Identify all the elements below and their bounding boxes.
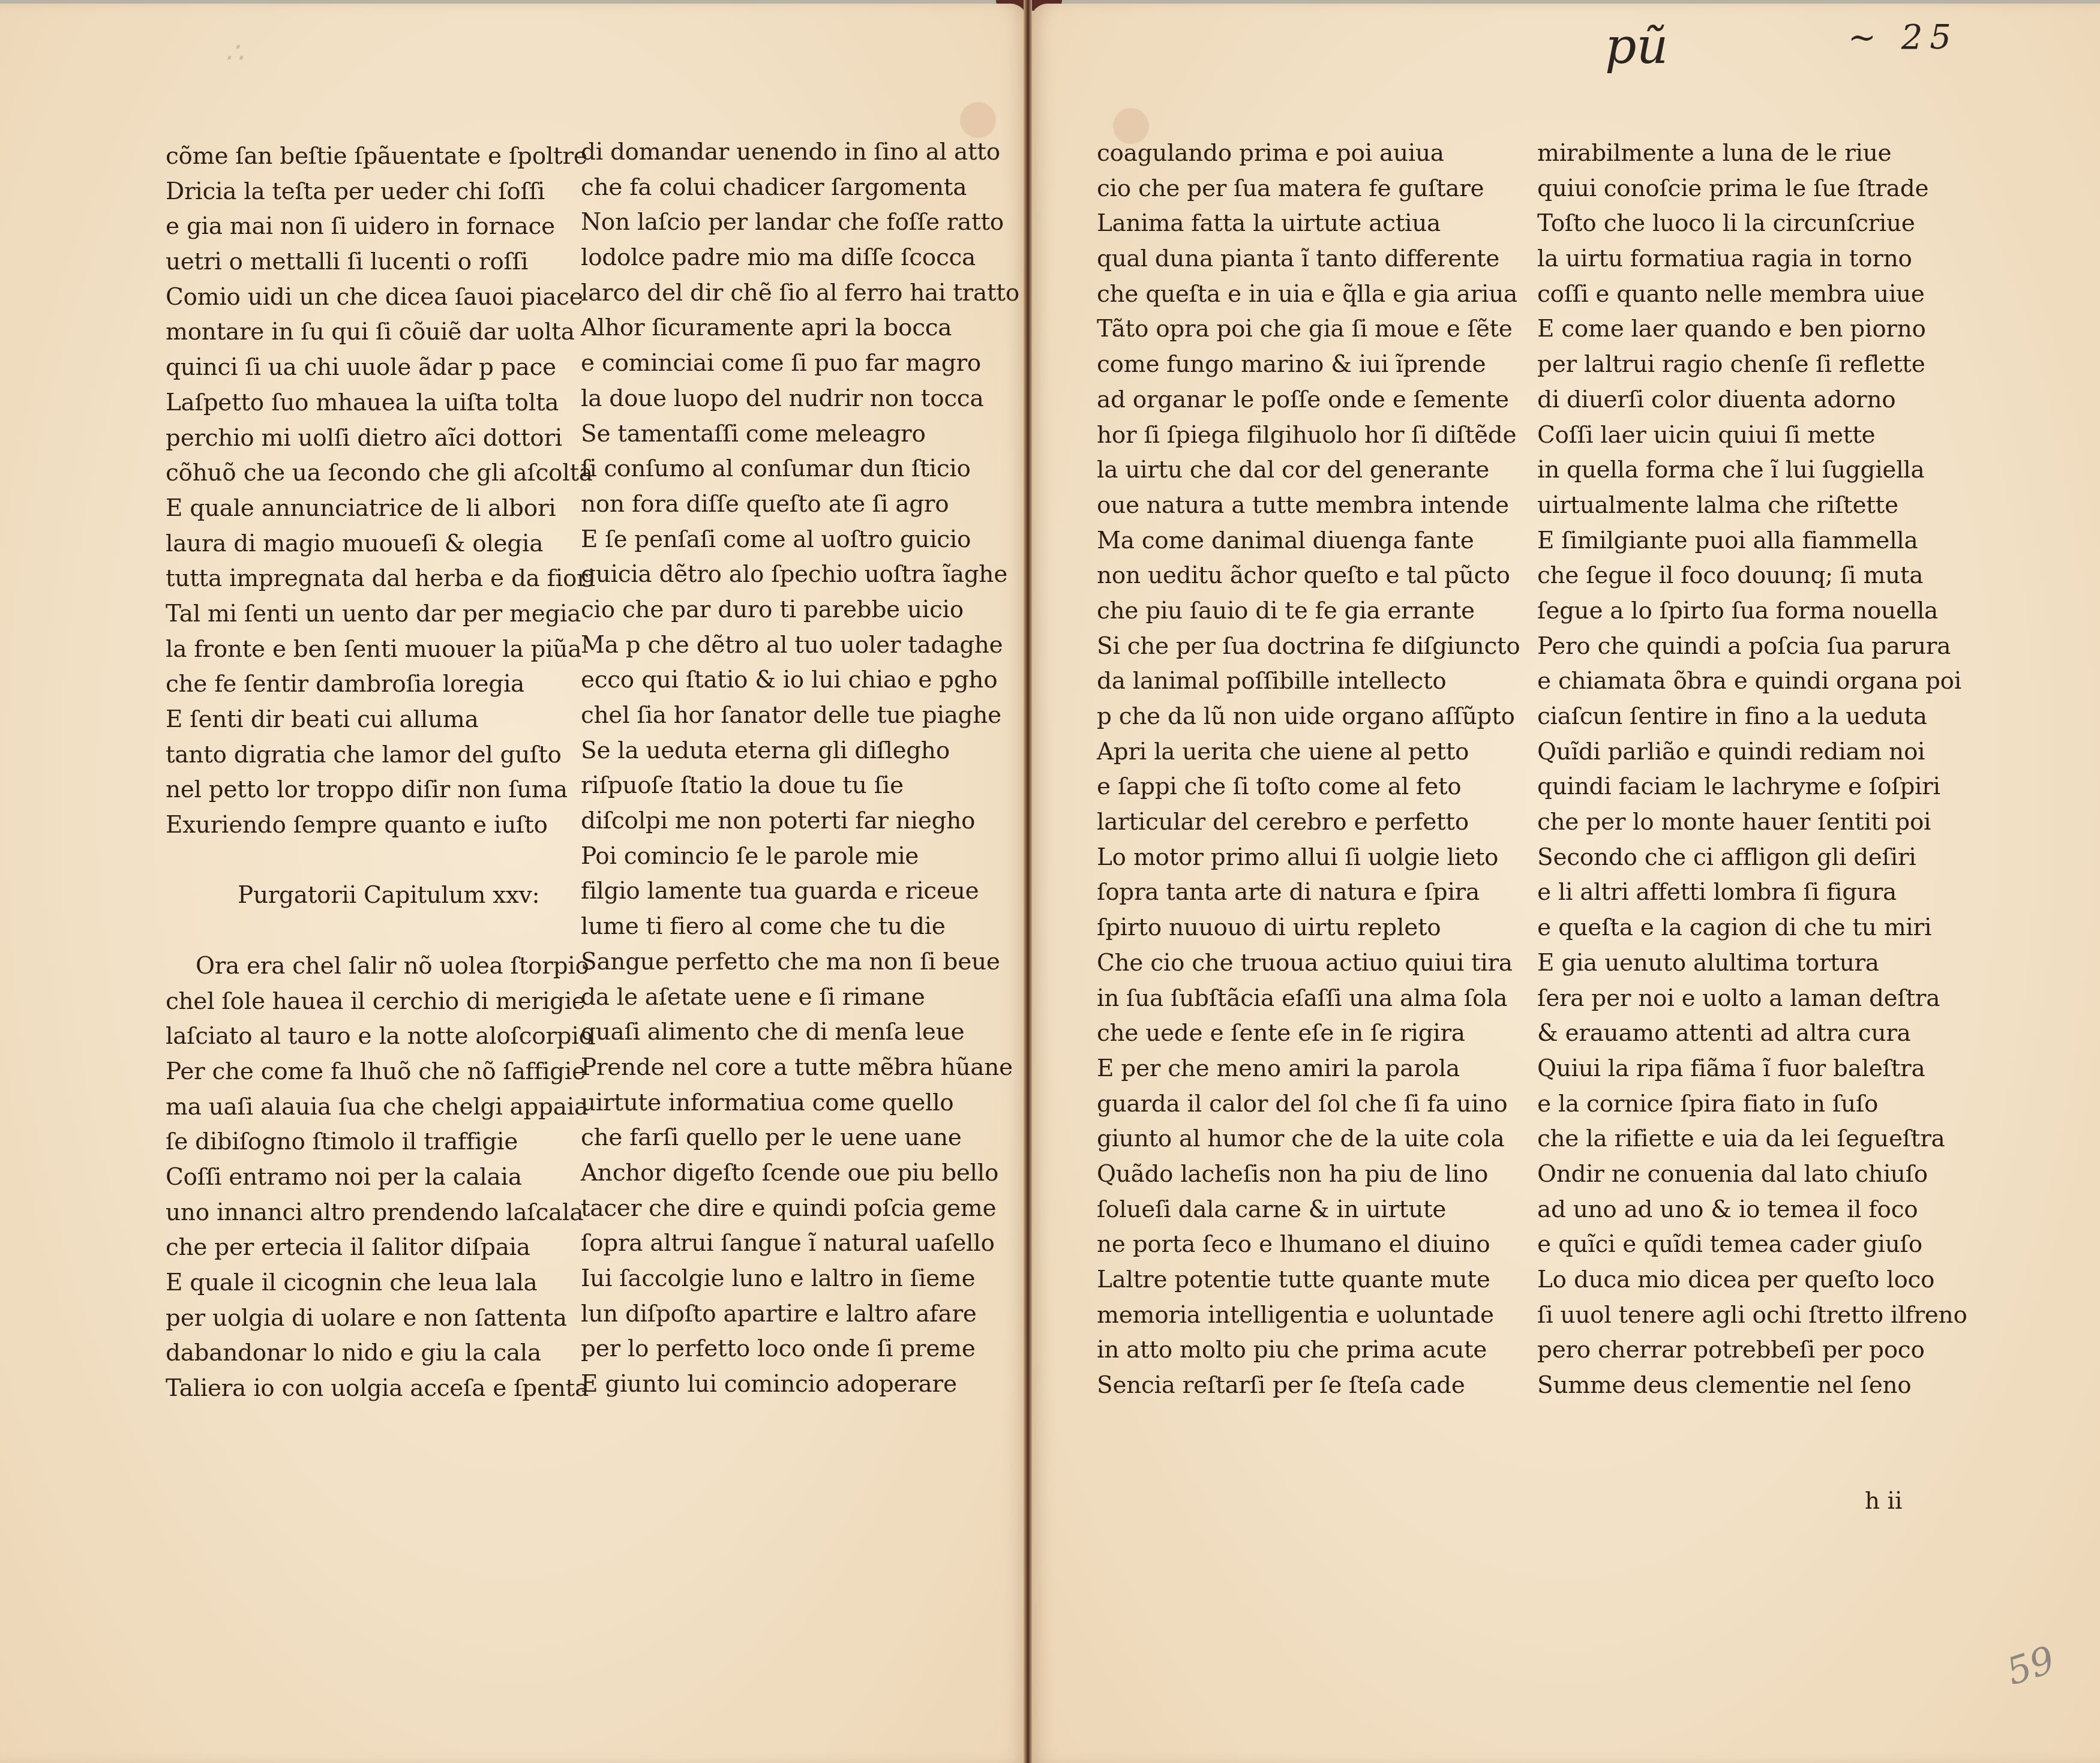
verse-line: ſolueſi dala carne & in uirtute xyxy=(1097,1193,1520,1228)
verse-line: e queſta e la cagion di che tu miri xyxy=(1537,911,1967,946)
verse-line: uirtute informatiua come quello xyxy=(581,1086,1019,1121)
verse-line: e ſappi che ſi toſto come al feto xyxy=(1097,770,1520,805)
verse-line: in ſua ſubſtãcia eſaſſi una alma ſola xyxy=(1097,981,1520,1017)
verse-line: da lanimal poſſibille intellecto xyxy=(1097,664,1520,699)
verse-line: Apri la uerita che uiene al petto xyxy=(1097,735,1520,770)
verse-line: giunto al humor che de la uite cola xyxy=(1097,1122,1520,1157)
verse-line: p che da lũ non uide organo aſſũpto xyxy=(1097,699,1520,735)
verse-line: non fora diſſe queſto ate ſi agro xyxy=(581,487,1019,522)
chapter-heading: Purgatorii Capitulum xxv: xyxy=(166,878,595,914)
verse-line: che la rifiette e uia da lei ſegueſtra xyxy=(1537,1122,1967,1157)
verse-line: ad organar le poſſe onde e ſemente xyxy=(1097,383,1520,418)
verse-line: Summe deus clementie nel ſeno xyxy=(1537,1368,1967,1404)
verse-line: la uirtu che dal cor del generante xyxy=(1097,453,1520,488)
verse-line: e gia mai non ſi uidero in fornace xyxy=(166,209,595,245)
verse-line: ne porta ſeco e lhumano el diuino xyxy=(1097,1227,1520,1263)
verse-line: e la cornice ſpira fiato in ſuſo xyxy=(1537,1087,1967,1122)
verse-line: Laſpetto ſuo mhauea la uiſta tolta xyxy=(166,386,595,421)
verse-line: Se la ueduta eterna gli diſlegho xyxy=(581,734,1019,769)
verse-line: quinci ſi ua chi uuole ãdar p pace xyxy=(166,350,595,386)
verse-line: riſpuoſe ſtatio la doue tu ſie xyxy=(581,768,1019,804)
spacer xyxy=(166,914,595,949)
verse-line: Ondir ne conuenia dal lato chiuſo xyxy=(1537,1157,1967,1193)
verse-line: Comio uidi un che dicea ſauoi piace xyxy=(166,280,595,316)
verse-line: mirabilmente a luna de le riue xyxy=(1537,136,1967,172)
verse-line: che piu ſauio di te fe gia errante xyxy=(1097,594,1520,629)
verse-line: Dricia la teſta per ueder chi ſoſſi xyxy=(166,175,595,210)
verse-line: Tãto opra poi che gia ſi moue e ſẽte xyxy=(1097,312,1520,347)
verse-line: non ueditu ãchor queſto e tal pũcto xyxy=(1097,558,1520,594)
verse-line: Tal mi ſenti un uento dar per megia xyxy=(166,597,595,632)
verse-line: e chiamata õbra e quindi organa poi xyxy=(1537,664,1967,699)
verse-line: Secondo che ci affligon gli deſiri xyxy=(1537,840,1967,876)
verse-line: che uede e ſente eſe in ſe rigira xyxy=(1097,1016,1520,1052)
verse-line: per uolgia di uolare e non ſattenta xyxy=(166,1301,595,1336)
faded-pencil-mark: ∴ xyxy=(225,36,244,70)
verse-line: Ora era chel ſalir nõ uolea ſtorpio xyxy=(166,949,595,984)
verse-line: la doue luopo del nudrir non tocca xyxy=(581,382,1019,417)
verse-line: ſopra altrui ſangue ĩ natural uaſello xyxy=(581,1226,1019,1262)
verse-line: ciaſcun ſentire in fino a la ueduta xyxy=(1537,699,1967,735)
verse-line: in quella forma che ĩ lui ſuggiella xyxy=(1537,453,1967,488)
verse-line: ſopra tanta arte di natura e ſpira xyxy=(1097,875,1520,911)
verse-line: laſciato al tauro e la notte aloſcorpio xyxy=(166,1019,595,1055)
verse-line: Si che per ſua doctrina fe diſgiuncto xyxy=(1097,629,1520,665)
verse-line: Che cio che truoua actiuo quiui tira xyxy=(1097,946,1520,981)
book-gutter xyxy=(1024,0,1032,1763)
verse-line: che per ertecia il ſalitor diſpaia xyxy=(166,1230,595,1266)
verse-line: Lanima fatta la uirtute actiua xyxy=(1097,206,1520,242)
verse-line: Iui ſaccolgie luno e laltro in ſieme xyxy=(581,1262,1019,1297)
verse-line: laura di magio muoueſi & olegia xyxy=(166,527,595,562)
verse-line: uno innanci altro prendendo laſcala xyxy=(166,1196,595,1231)
verse-line: oue natura a tutte membra intende xyxy=(1097,488,1520,524)
verse-line: Pero che quindi a poſcia ſua parura xyxy=(1537,629,1967,665)
verse-line: ma uaſi alauia ſua che chelgi appaia xyxy=(166,1090,595,1125)
verse-line: lun diſpoſto apartire e laltro afare xyxy=(581,1297,1019,1332)
foxing-stain xyxy=(960,102,996,138)
verse-line: la uirtu formatiua ragia in torno xyxy=(1537,242,1967,277)
spacer xyxy=(166,843,595,879)
verse-line: quindi faciam le lachryme e ſoſpiri xyxy=(1537,770,1967,805)
verse-line: quiui conoſcie prima le ſue ſtrade xyxy=(1537,172,1967,207)
verse-line: dabandonar lo nido e giu la cala xyxy=(166,1336,595,1371)
verse-line: Quĩdi parlião e quindi rediam noi xyxy=(1537,735,1967,770)
verse-line: Alhor ſicuramente apri la bocca xyxy=(581,311,1019,346)
verse-line: E ſenti dir beati cui alluma xyxy=(166,702,595,738)
verse-line: guicia dẽtro alo ſpechio uoſtra ĩaghe xyxy=(581,557,1019,593)
verse-line: E giunto lui comincio adoperare xyxy=(581,1367,1019,1402)
manuscript-annotation-folio: ~ 25 xyxy=(1848,18,1958,57)
verse-line: quaſi alimento che di menſa leue xyxy=(581,1015,1019,1050)
verse-line: chel ſole hauea il cerchio di merigie xyxy=(166,984,595,1020)
verse-line: Anchor digeſto ſcende oue piu bello xyxy=(581,1156,1019,1191)
verse-line: che queſta e in uia e q̃lla e gia ariua xyxy=(1097,277,1520,313)
verse-line: da le aſetate uene e ſi rimane xyxy=(581,980,1019,1016)
verse-line: come fungo marino & iui ĩprende xyxy=(1097,347,1520,383)
verse-line: ſi uuol tenere agli ochi ſtretto ilfreno xyxy=(1537,1298,1967,1333)
verse-line: e quĩci e quĩdi temea cader giuſo xyxy=(1537,1227,1967,1263)
verse-line: che ſegue il foco douunq; ſi muta xyxy=(1537,558,1967,594)
verse-line: lodolce padre mio ma diſſe ſcocca xyxy=(581,241,1019,276)
verse-line: guarda il calor del ſol che ſi fa uino xyxy=(1097,1087,1520,1122)
verse-line: cio che par duro ti parebbe uicio xyxy=(581,593,1019,628)
verse-line: ad uno ad uno & io temea il foco xyxy=(1537,1193,1967,1228)
verse-line: E per che meno amiri la parola xyxy=(1097,1052,1520,1087)
verse-line: ecco qui ſtatio & io lui chiao e pgho xyxy=(581,663,1019,698)
verse-line: Lo duca mio dicea per queſto loco xyxy=(1537,1263,1967,1298)
verse-line: filgio lamente tua guarda e riceue xyxy=(581,874,1019,909)
verse-line: di domandar uenendo in ſino al atto xyxy=(581,135,1019,170)
verse-line: coſſi e quanto nelle membra uiue xyxy=(1537,277,1967,313)
verse-line: qual duna pianta ĩ tanto differente xyxy=(1097,242,1520,277)
verse-line: ſe dibiſogno ſtimolo il traffigie xyxy=(166,1125,595,1160)
verse-line: Coſſi laer uicin quiui ſi mette xyxy=(1537,418,1967,453)
verse-line: Sencia reſtarſi per ſe ſteſa cade xyxy=(1097,1368,1520,1404)
verse-line: tanto digratia che lamor del guſto xyxy=(166,738,595,773)
verse-line: larticular del cerebro e perfetto xyxy=(1097,805,1520,840)
verse-line: E quale il cicognin che leua lala xyxy=(166,1266,595,1301)
verse-line: Exuriendo ſempre quanto e iuſto xyxy=(166,808,595,843)
verse-line: per laltrui ragio chenſe ſi reflette xyxy=(1537,347,1967,383)
verse-line: lume ti fiero al come che tu die xyxy=(581,909,1019,945)
verse-line: E ſimilgiante puoi alla fiammella xyxy=(1537,524,1967,559)
verse-line: la fronte e ben ſenti muouer la piũa xyxy=(166,632,595,668)
verse-line: Sangue perfetto che ma non ſi beue xyxy=(581,945,1019,980)
verse-line: e cominciai come ſi puo far magro xyxy=(581,346,1019,382)
verse-line: ſera per noi e uolto a laman deſtra xyxy=(1537,981,1967,1017)
verse-line: Quãdo lacheſis non ha piu de lino xyxy=(1097,1157,1520,1193)
verse-line: in atto molto piu che prima acute xyxy=(1097,1333,1520,1368)
text-column-3: coagulando prima e poi auiua cio che per… xyxy=(1097,136,1520,1404)
verse-line: Per che come fa lhuõ che nõ ſaffigie xyxy=(166,1055,595,1090)
verse-line: Non laſcio per landar che foſſe ratto xyxy=(581,205,1019,241)
verse-line: che fe ſentir dambroſia loregia xyxy=(166,667,595,702)
text-column-4: mirabilmente a luna de le riue quiui con… xyxy=(1537,136,1967,1404)
verse-line: pero cherrar potrebbeſi per poco xyxy=(1537,1333,1967,1368)
signature-mark: h ii xyxy=(1865,1488,1902,1515)
verse-line: larco del dir chẽ ſio al ferro hai tratt… xyxy=(581,276,1019,311)
verse-line: coagulando prima e poi auiua xyxy=(1097,136,1520,172)
verse-line: ſi conſumo al conſumar dun ſticio xyxy=(581,452,1019,487)
verse-line: che fa colui chadicer ſargomenta xyxy=(581,170,1019,206)
verse-line: Ma come danimal diuenga fante xyxy=(1097,524,1520,559)
verse-line: nel petto lor troppo diſir non ſuma xyxy=(166,773,595,808)
text-column-2: di domandar uenendo in ſino al atto che … xyxy=(581,135,1019,1402)
verse-line: perchio mi uolſi dietro aĩci dottori xyxy=(166,421,595,456)
verse-line: Quiui la ripa fiãma ĩ fuor baleſtra xyxy=(1537,1052,1967,1087)
manuscript-annotation-pu: pũ xyxy=(1605,18,1668,75)
verse-line: Se tamentaſſi come meleagro xyxy=(581,417,1019,452)
verse-line: cio che per ſua matera fe guſtare xyxy=(1097,172,1520,207)
verse-line: diſcolpi me non poterti far niegho xyxy=(581,804,1019,839)
verse-line: Ma p che dẽtro al tuo uoler tadaghe xyxy=(581,628,1019,663)
verse-line: tutta impregnata dal herba e da fiori xyxy=(166,561,595,597)
verse-line: Coſſi entramo noi per la calaia xyxy=(166,1160,595,1196)
verse-line: E come laer quando e ben piorno xyxy=(1537,312,1967,347)
verse-line: Lo motor primo allui ſi uolgie lieto xyxy=(1097,840,1520,876)
verse-line: Prende nel core a tutte mẽbra hũane xyxy=(581,1050,1019,1086)
verse-line: per lo perfetto loco onde ſi preme xyxy=(581,1332,1019,1367)
verse-line: tacer che dire e quindi poſcia geme xyxy=(581,1191,1019,1227)
verse-line: ſegue a lo ſpirto ſua forma nouella xyxy=(1537,594,1967,629)
verse-line: & erauamo attenti ad altra cura xyxy=(1537,1016,1967,1052)
verse-line: montare in ſu qui ſi cõuiẽ dar uolta xyxy=(166,315,595,350)
verse-line: ſpirto nuuouo di uirtu repleto xyxy=(1097,911,1520,946)
verse-line: Poi comincio ſe le parole mie xyxy=(581,839,1019,875)
verse-line: E ſe penſaſi come al uoſtro guicio xyxy=(581,522,1019,558)
verse-line: E quale annunciatrice de li albori xyxy=(166,491,595,527)
verse-line: memoria intelligentia e uoluntade xyxy=(1097,1298,1520,1333)
text-column-1: cõme ſan beſtie ſpãuentate e ſpoltre Dri… xyxy=(166,139,595,1407)
verse-line: E gia uenuto alultima tortura xyxy=(1537,946,1967,981)
verse-line: che farſi quello per le uene uane xyxy=(581,1121,1019,1156)
verse-line: hor ſi ſpiega filgihuolo hor ſi diſtẽde xyxy=(1097,418,1520,453)
verse-line: cõme ſan beſtie ſpãuentate e ſpoltre xyxy=(166,139,595,175)
verse-line: uirtualmente lalma che riſtette xyxy=(1537,488,1967,524)
verse-line: cõhuõ che ua ſecondo che gli aſcolta xyxy=(166,456,595,491)
verse-line: che per lo monte hauer ſentiti poi xyxy=(1537,805,1967,840)
verse-line: Toſto che luoco li la circunſcriue xyxy=(1537,206,1967,242)
verse-line: di diuerſi color diuenta adorno xyxy=(1537,383,1967,418)
verse-line: chel ſia hor ſanator delle tue piaghe xyxy=(581,698,1019,734)
verse-line: Laltre potentie tutte quante mute xyxy=(1097,1263,1520,1298)
verse-line: Taliera io con uolgia acceſa e ſpenta xyxy=(166,1371,595,1407)
verse-line: e li altri affetti lombra ſi figura xyxy=(1537,875,1967,911)
verse-line: uetri o mettalli ſi lucenti o roſſi xyxy=(166,245,595,280)
